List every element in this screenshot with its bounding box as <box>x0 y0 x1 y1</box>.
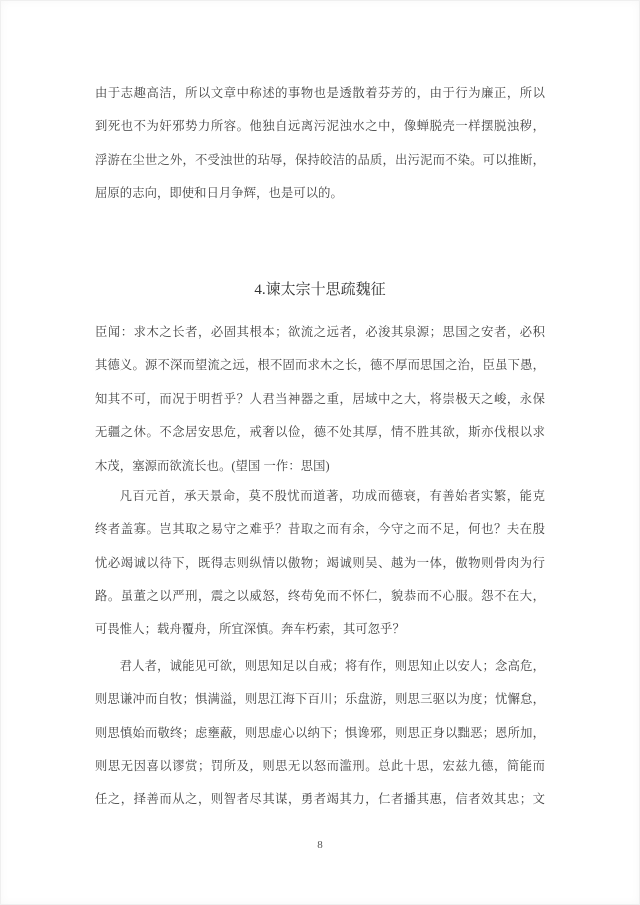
text-line: 则思慎始而敬终；虑壅蔽，则思虚心以纳下；惧谗邪，则思正身以黜恶；恩所加， <box>95 717 545 750</box>
section-heading-jiantaizong: 4.谏太宗十思疏魏征 <box>95 274 545 307</box>
text-line: 君人者，诚能见可欲，则思知足以自戒；将有作，则思知止以安人；念高危， <box>95 650 545 683</box>
paragraph-junrenzhe: 君人者，诚能见可欲，则思知足以自戒；将有作，则思知止以安人；念高危， 则思谦冲而… <box>95 650 545 817</box>
paragraph-fanbaiyuanshou: 凡百元首，承天景命，莫不殷忧而道著，功成而德衰，有善始者实繁，能克 终者盖寡。岂… <box>95 480 545 647</box>
paragraph-chenwen: 臣闻：求木之长者，必固其根本；欲流之远者，必浚其泉源；思国之安者，必积 其德义。… <box>95 316 545 483</box>
text-line: 浮游在尘世之外，不受浊世的玷辱，保持皎洁的品质，出污泥而不染。可以推断， <box>95 144 545 177</box>
text-line: 终者盖寡。岂其取之易守之难乎？昔取之而有余，今守之而不足，何也？夫在殷 <box>95 513 545 546</box>
page-number: 8 <box>95 831 545 859</box>
text-line: 任之，择善而从之，则智者尽其谋，勇者竭其力，仁者播其惠，信者效其忠；文 <box>95 783 545 816</box>
text-line: 可畏惟人；载舟覆舟，所宜深慎。奔车朽索，其可忽乎？ <box>95 613 545 646</box>
text-line: 凡百元首，承天景命，莫不殷忧而道著，功成而德衰，有善始者实繁，能克 <box>95 480 545 513</box>
text-line: 臣闻：求木之长者，必固其根本；欲流之远者，必浚其泉源；思国之安者，必积 <box>95 316 545 349</box>
text-line: 到死也不为奸邪势力所容。他独自远离污泥浊水之中，像蝉脱壳一样摆脱浊秽， <box>95 110 545 143</box>
text-line: 则思无因喜以谬赏；罚所及，则思无以怒而滥刑。总此十思，宏兹九德，简能而 <box>95 750 545 783</box>
text-line: 木茂，塞源而欲流长也。(望国 一作：思国) <box>95 450 545 483</box>
text-line: 其德义。源不深而望流之远，根不固而求木之长，德不厚而思国之治，臣虽下愚， <box>95 349 545 382</box>
text-line: 由于志趣高洁，所以文章中称述的事物也是透散着芬芳的，由于行为廉正，所以 <box>95 77 545 110</box>
page-content: 由于志趣高洁，所以文章中称述的事物也是透散着芬芳的，由于行为廉正，所以 到死也不… <box>0 0 640 859</box>
text-line: 知其不可，而况于明哲乎？人君当神器之重，居域中之大，将崇极天之峻，永保 <box>95 383 545 416</box>
document-page: 由于志趣高洁，所以文章中称述的事物也是透散着芬芳的，由于行为廉正，所以 到死也不… <box>0 0 640 905</box>
intro-paragraph-quyuan: 由于志趣高洁，所以文章中称述的事物也是透散着芬芳的，由于行为廉正，所以 到死也不… <box>95 77 545 211</box>
text-line: 则思谦冲而自牧；惧满溢，则思江海下百川；乐盘游，则思三驱以为度；忧懈怠， <box>95 683 545 716</box>
text-line: 无疆之休。不念居安思危，戒奢以俭，德不处其厚，情不胜其欲，斯亦伐根以求 <box>95 416 545 449</box>
text-line: 路。虽董之以严刑，震之以威怒，终苟免而不怀仁，貌恭而不心服。怨不在大， <box>95 580 545 613</box>
text-line: 屈原的志向，即使和日月争辉，也是可以的。 <box>95 177 545 210</box>
text-line: 忧必竭诚以待下，既得志则纵情以傲物；竭诚则吴、越为一体，傲物则骨肉为行 <box>95 547 545 580</box>
